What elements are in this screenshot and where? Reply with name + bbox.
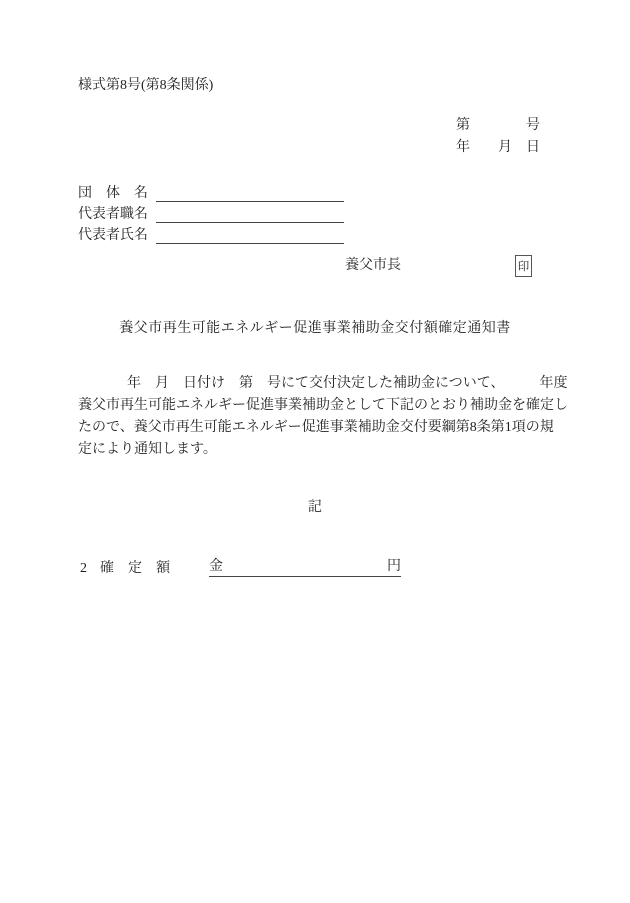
notification-document-page: 様式第8号(第8条関係) 第 号 年 月 日 団 体 名 代表者職名 代表者氏名… [0, 0, 630, 903]
document-number-line: 第 号 [0, 114, 540, 134]
sender-name-mayor: 養父市長 [345, 254, 401, 274]
body-line: たので、養父市再生可能エネルギー促進事業補助金交付要綱第8条第1項の規 [78, 417, 568, 439]
document-title: 養父市再生可能エネルギー促進事業補助金交付額確定通知書 [0, 317, 630, 337]
field-label: 団 体 名 [78, 182, 148, 202]
fill-in-line [156, 205, 344, 223]
document-date-line: 年 月 日 [0, 136, 540, 156]
seal-character: 印 [518, 258, 530, 274]
seal-placeholder-box: 印 [515, 255, 532, 277]
amount-fill-in-group: 金 円 [209, 555, 401, 577]
body-line: 養父市再生可能エネルギー促進事業補助金として下記のとおり補助金を確定し [78, 395, 568, 417]
form-number: 様式第8号(第8条関係) [78, 74, 213, 94]
field-label: 代表者氏名 [78, 224, 148, 244]
amount-suffix-yen: 円 [387, 555, 401, 575]
body-line: 定により通知します。 [78, 439, 568, 461]
body-line: 年 月 日付け 第 号にて交付決定した補助金について、 年度 [78, 373, 568, 395]
addressee-block: 団 体 名 代表者職名 代表者氏名 [78, 181, 344, 244]
fill-in-line [156, 184, 344, 202]
fill-in-line [156, 226, 344, 244]
addressee-field-representative-name: 代表者氏名 [78, 223, 344, 244]
addressee-field-representative-title: 代表者職名 [78, 202, 344, 223]
addressee-field-organization-name: 団 体 名 [78, 181, 344, 202]
field-label: 代表者職名 [78, 203, 148, 223]
amount-prefix-yen-kanji: 金 [209, 555, 223, 575]
confirmed-amount-label: 確 定 額 [100, 557, 170, 577]
item-number: 2 [80, 561, 87, 577]
confirmed-amount-row: 2 確 定 額 金 円 [80, 555, 401, 577]
body-paragraph: 年 月 日付け 第 号にて交付決定した補助金について、 年度 養父市再生可能エネ… [78, 373, 568, 461]
record-marker: 記 [0, 496, 630, 516]
